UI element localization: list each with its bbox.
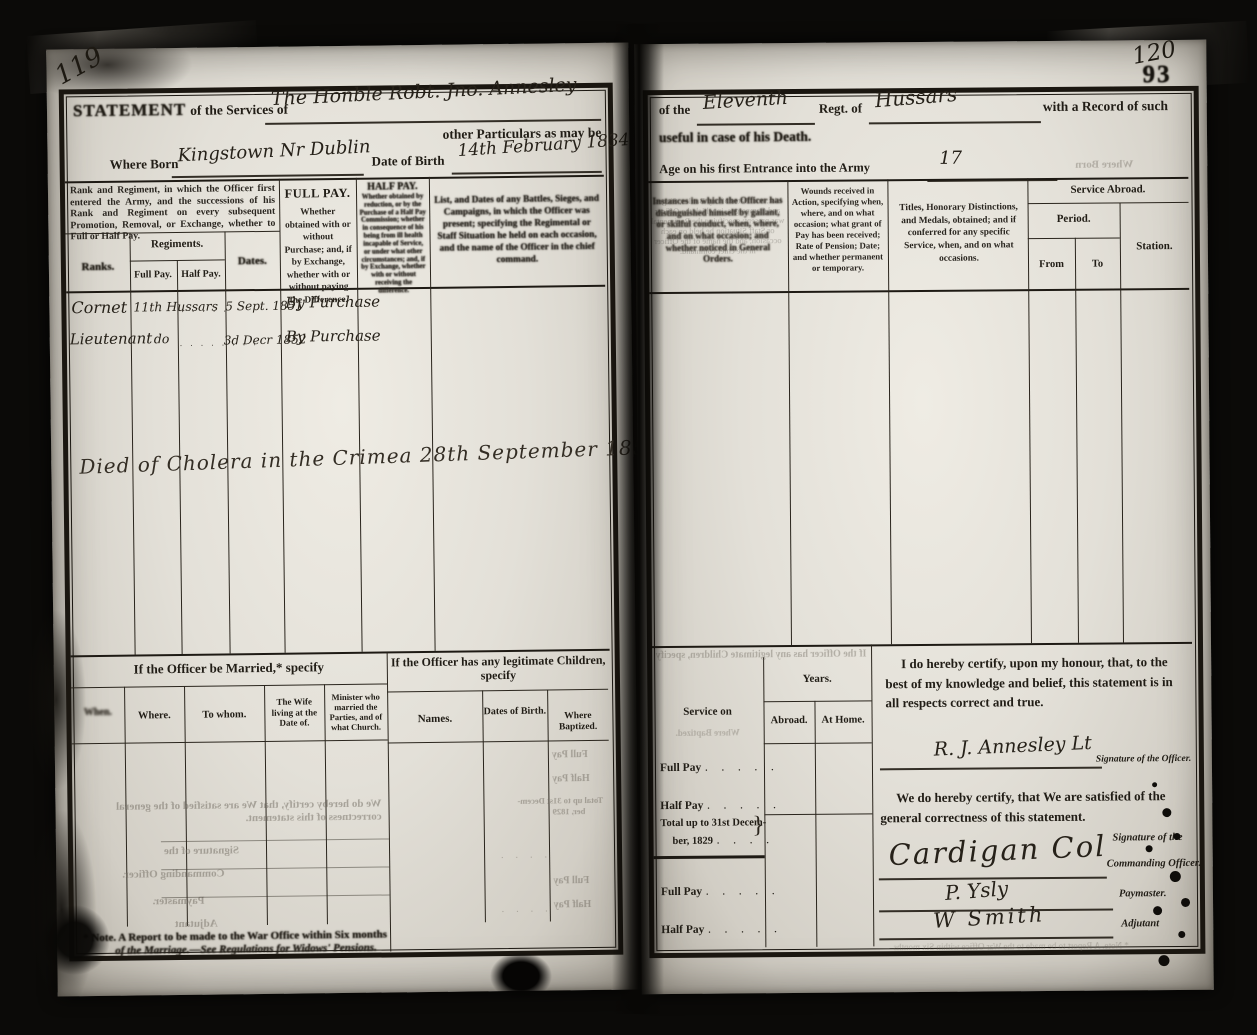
- row-dots: . . . . .: [706, 886, 780, 897]
- summary-row-total-line1: Total up to 31st Decem-: [660, 817, 766, 830]
- general-certification-text: We do hereby certify, that We are satisf…: [880, 786, 1190, 827]
- bleed-adjutant-label: Adjutant: [175, 918, 218, 931]
- rank-regiment-group-header: Rank and Regiment, in which the Officer …: [70, 183, 276, 243]
- instances-column-desc: Instances in which the Officer has disti…: [651, 195, 784, 266]
- useful-death-label: useful in case of his Death.: [659, 129, 811, 146]
- adjutant-label: Adjutant: [1121, 918, 1159, 931]
- bleed-dots: . . . .: [496, 850, 547, 861]
- right-page: 120 93 of the Eleventh Regt. of Hussars …: [634, 40, 1213, 994]
- co-signature-label-1: Signature of the: [1112, 832, 1182, 845]
- statement-title: STATEMENT of the Services of: [73, 99, 288, 123]
- co-signature-label-2: Commanding Officer.: [1107, 858, 1201, 871]
- from-header: From: [1028, 259, 1075, 272]
- married-col-to-whom: To whom.: [184, 709, 264, 722]
- row-dots: . . . .: [717, 835, 775, 845]
- service-on-label: Service on: [653, 705, 761, 719]
- period-header: Period.: [1028, 212, 1120, 226]
- col-ranks: Ranks.: [66, 261, 130, 275]
- bleed-half-pay: Half Pay: [552, 773, 590, 785]
- service-row-obtained: By Purchase: [285, 294, 380, 313]
- bleed-dots: . . . .: [497, 904, 548, 915]
- book-gutter: [612, 24, 664, 1014]
- children-col-dates: Dates of Birth.: [483, 706, 546, 719]
- bleed-full-pay: Full Pay: [552, 749, 588, 761]
- age-entrance-label: Age on his first Entrance into the Army: [659, 160, 870, 176]
- row-dots: . . . . .: [708, 924, 782, 935]
- bleed-total-line1: Total up to 31st Decem-: [517, 795, 603, 806]
- titles-column-desc: Titles, Honorary Distinctions, and Medal…: [894, 201, 1024, 265]
- scanned-register-spread: 119 STATEMENT of the Services of The Hon…: [0, 0, 1257, 1035]
- half-pay-column-desc: Whether obtained by reduction, or by the…: [359, 193, 427, 295]
- married-col-where: Where.: [124, 710, 184, 723]
- officer-certification-text: I do hereby certify, upon my honour, tha…: [885, 652, 1187, 713]
- col-half-pay-sub: Half Pay.: [177, 268, 225, 280]
- row-label: Full Pay: [660, 762, 701, 774]
- col-dates: Dates.: [225, 255, 280, 269]
- at-home-header: At Home.: [815, 714, 872, 727]
- left-page: 119 STATEMENT of the Services of The Hon…: [46, 42, 640, 996]
- age-entry: 17: [939, 148, 962, 169]
- children-col-baptized: Where Baptized.: [547, 711, 608, 734]
- date-of-birth-label: Date of Birth: [372, 153, 445, 169]
- full-pay-column-title: FULL PAY.: [281, 186, 354, 202]
- abroad-header: Abroad.: [764, 715, 815, 728]
- summary-row-half-pay-2: Half Pay . . . . .: [661, 919, 783, 939]
- bleed-where-born: Where Born: [1075, 158, 1133, 171]
- service-row-obtained: By Purchase: [286, 328, 381, 347]
- service-row-rank: Lieutenant: [70, 330, 153, 349]
- row-label: ber, 1829: [672, 836, 713, 847]
- service-row-rank: Cornet: [71, 299, 127, 319]
- married-col-minister: Minister who married the Parties, and of…: [325, 691, 386, 732]
- station-header: Station.: [1120, 240, 1189, 254]
- married-col-when: When.: [71, 707, 124, 719]
- bleed-footnote: * Note. A Report to be made to the War O…: [893, 940, 1128, 952]
- officer-signature-label: Signature of the Officer.: [1096, 754, 1191, 766]
- total-brace: }: [752, 813, 764, 837]
- to-header: To: [1075, 258, 1120, 271]
- where-born-label: Where Born: [110, 156, 179, 172]
- married-col-wife: The Wife living at the Date of.: [266, 696, 322, 729]
- row-label: Full Pay: [661, 886, 702, 898]
- service-row-leader: . . . . .: [181, 303, 228, 314]
- summary-row-full-pay-2: Full Pay . . . . .: [661, 881, 781, 901]
- row-label: Half Pay: [660, 800, 703, 812]
- bleed-total-line2: ber, 1829: [553, 806, 586, 816]
- children-col-names: Names.: [391, 712, 478, 726]
- service-abroad-header: Service Abroad.: [1027, 183, 1188, 197]
- ink-speckles: [1152, 782, 1157, 787]
- half-pay-column-title: HALF PAY.: [358, 181, 427, 194]
- reg-of-label: Regt. of: [819, 100, 862, 116]
- bleed-signature-label: Signature of the: [164, 844, 239, 858]
- col-full-pay-sub: Full Pay.: [131, 269, 175, 281]
- paymaster-signature: P. Ysly: [944, 877, 1009, 905]
- ink-blot: [490, 952, 552, 1000]
- ink-blot: [40, 905, 110, 975]
- bleed-children-title: If the Officer has any legitimate Childr…: [653, 648, 869, 661]
- row-label: Half Pay: [661, 924, 704, 936]
- paymaster-label: Paymaster.: [1119, 888, 1167, 901]
- summary-row-full-pay-1: Full Pay . . . . .: [660, 757, 780, 777]
- full-pay-column-desc: Whether obtained with or without Purchas…: [282, 206, 354, 307]
- row-dots: . . . . .: [705, 762, 779, 773]
- wounds-column-desc: Wounds received in Action, specifying wh…: [791, 185, 884, 274]
- col-regiments: Regiments.: [130, 237, 225, 251]
- service-row-regiment: do: [154, 332, 170, 347]
- bleed-full-pay: Full Pay: [553, 875, 589, 887]
- years-header: Years.: [763, 672, 871, 686]
- bleed-half-pay: Half Pay: [554, 899, 592, 911]
- statement-word: STATEMENT: [73, 100, 186, 120]
- battles-column-desc: List, and Dates of any Battles, Sieges, …: [433, 193, 601, 268]
- bleed-baptized-label: Where Baptized.: [654, 727, 762, 738]
- children-table-title: If the Officer has any legitimate Childr…: [391, 653, 606, 684]
- bleed-certify-text: We do hereby certify, that We are satisf…: [81, 798, 381, 828]
- row-dots: . . . . .: [707, 800, 781, 811]
- record-of-such-label: with a Record of such: [1043, 98, 1168, 115]
